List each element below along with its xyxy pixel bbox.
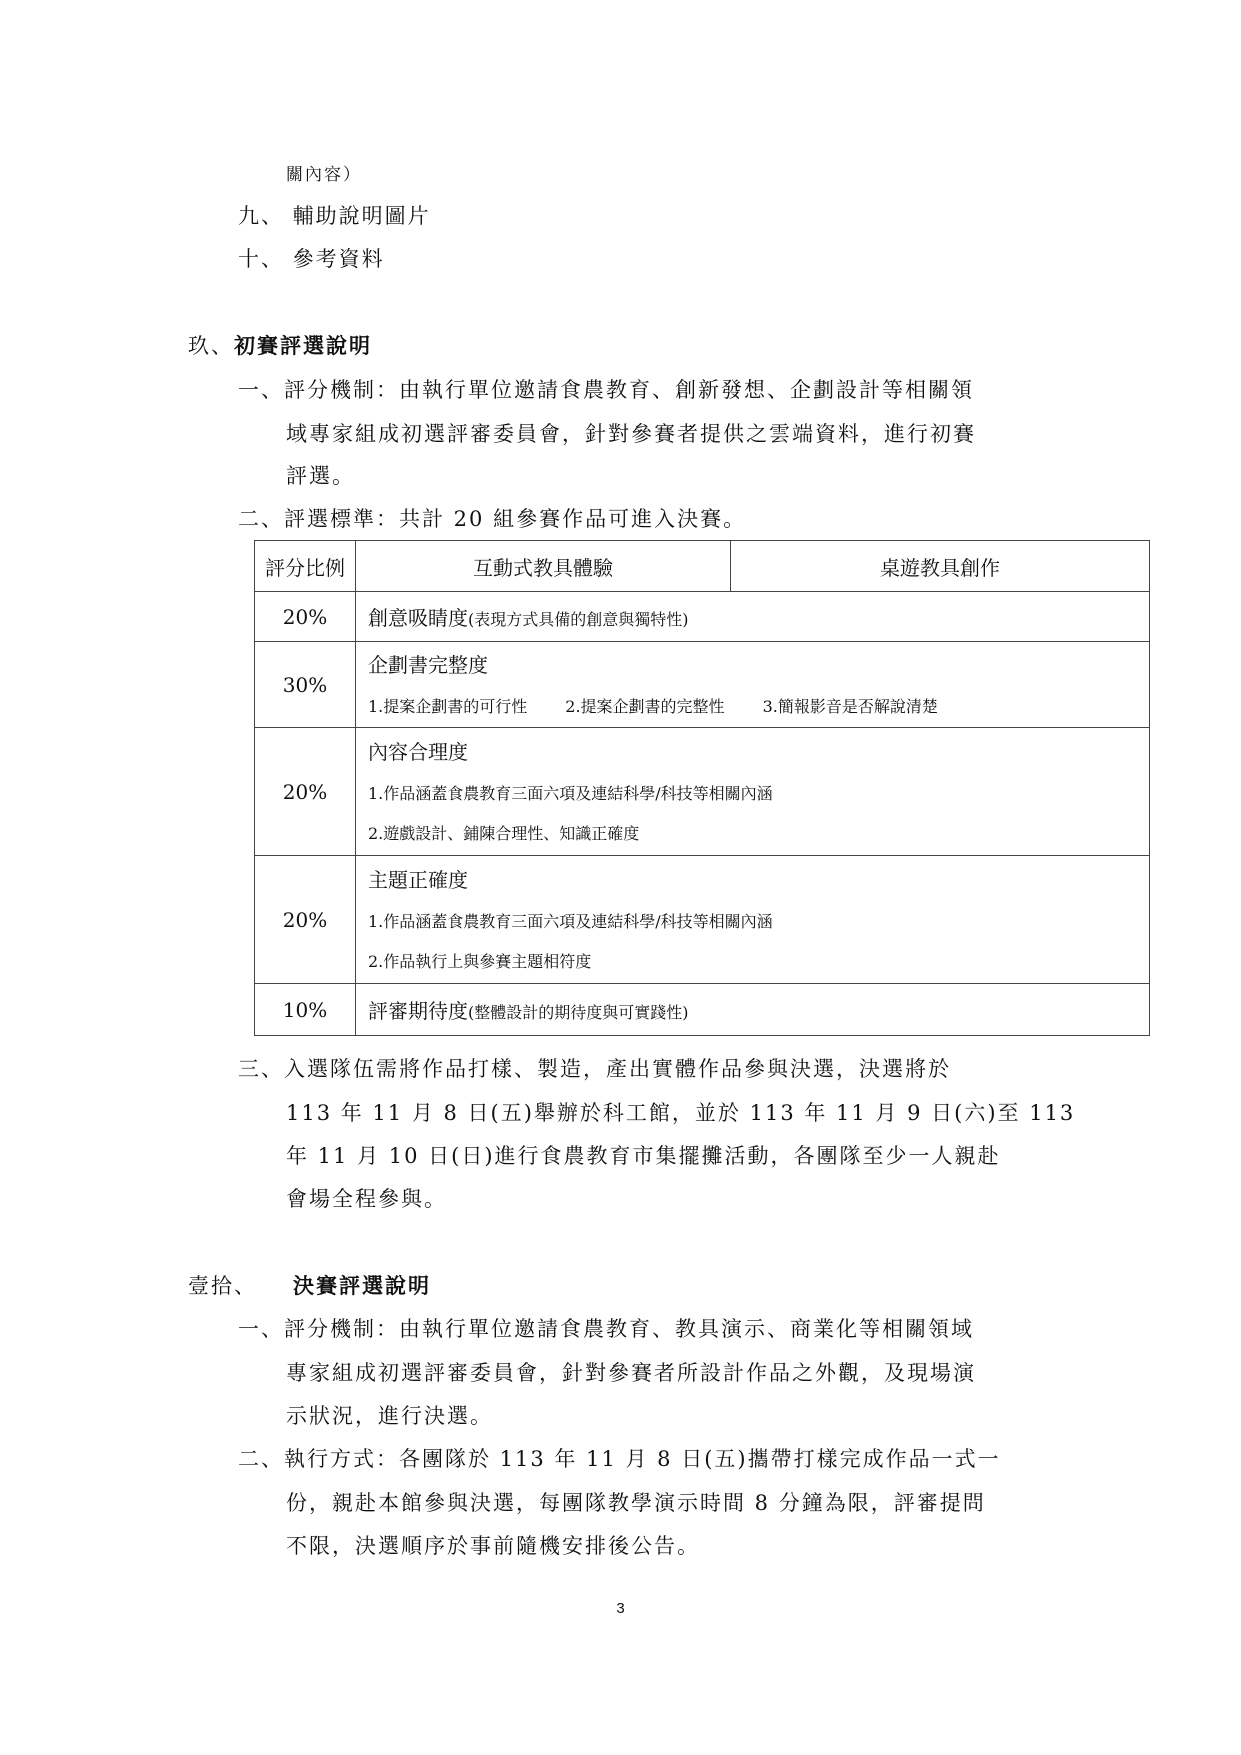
criterion-note: (整體設計的期待度與可實踐性) (468, 1003, 689, 1022)
table-header: 評分比例 (255, 541, 356, 592)
paragraph-line: 113 年 11 月 8 日(五)舉辦於科工館，並於 113 年 11 月 9 … (286, 1097, 1075, 1127)
table-header-row: 評分比例 互動式教具體驗 桌遊教具創作 (255, 541, 1150, 592)
table-cell-pct: 20% (255, 592, 356, 642)
page-number: 3 (0, 1600, 1241, 1617)
criterion-item: 2.遊戲設計、鋪陳合理性、知識正確度 (368, 814, 1137, 854)
paragraph-line: 示狀況，進行決選。 (286, 1400, 493, 1430)
paragraph-line: 評選。 (286, 460, 355, 490)
paragraph-line: 三、入選隊伍需將作品打樣、製造，產出實體作品參與決選，決選將於 (238, 1053, 951, 1083)
table-cell: 創意吸睛度(表現方式具備的創意與獨特性) (356, 592, 1150, 642)
table-row: 10% 評審期待度(整體設計的期待度與可實踐性) (255, 984, 1150, 1036)
table-cell-pct: 10% (255, 984, 356, 1036)
paragraph-line: 年 11 月 10 日(日)進行食農教育市集擺攤活動，各團隊至少一人親赴 (286, 1140, 1001, 1170)
paragraph-line: 不限，決選順序於事前隨機安排後公告。 (286, 1530, 700, 1560)
table-header: 桌遊教具創作 (731, 541, 1150, 592)
table-cell-pct: 30% (255, 642, 356, 728)
criterion-title: 創意吸睛度 (368, 606, 468, 630)
table-row: 30% 企劃書完整度 1.提案企劃書的可行性2.提案企劃書的完整性3.簡報影音是… (255, 642, 1150, 728)
criterion-title: 內容合理度 (368, 730, 1137, 774)
criterion-title: 評審期待度 (368, 999, 468, 1023)
scoring-table: 評分比例 互動式教具體驗 桌遊教具創作 20% 創意吸睛度(表現方式具備的創意與… (254, 540, 1150, 1036)
criterion-title: 主題正確度 (368, 858, 1137, 902)
table-row: 20% 主題正確度 1.作品涵蓋食農教育三面六項及連結科學/科技等相關內涵 2.… (255, 856, 1150, 984)
criterion-title: 企劃書完整度 (368, 643, 1137, 687)
criterion-item: 2.提案企劃書的完整性 (565, 697, 724, 716)
criterion-item: 1.提案企劃書的可行性 (368, 697, 527, 716)
criterion-item: 1.作品涵蓋食農教育三面六項及連結科學/科技等相關內涵 (368, 902, 1137, 942)
list-continuation: 關內容） (286, 160, 362, 185)
paragraph-line: 二、執行方式：各團隊於 113 年 11 月 8 日(五)攜帶打樣完成作品一式一 (238, 1443, 1001, 1473)
list-item-10: 十、 參考資料 (238, 243, 385, 273)
section-title: 決賽評選說明 (293, 1273, 431, 1298)
paragraph-line: 份，親赴本館參與決選，每團隊教學演示時間 8 分鐘為限，評審提問 (286, 1487, 986, 1517)
paragraph-line: 一、評分機制：由執行單位邀請食農教育、創新發想、企劃設計等相關領 (238, 374, 974, 404)
section-heading: 壹拾、決賽評選說明 (188, 1270, 431, 1300)
section-number: 玖、 (188, 334, 234, 358)
criterion-item: 1.作品涵蓋食農教育三面六項及連結科學/科技等相關內涵 (368, 774, 1137, 814)
criterion-item: 3.簡報影音是否解說清楚 (763, 697, 938, 716)
section-heading: 玖、初賽評選說明 (188, 330, 372, 360)
table-cell: 內容合理度 1.作品涵蓋食農教育三面六項及連結科學/科技等相關內涵 2.遊戲設計… (356, 728, 1150, 856)
table-row: 20% 創意吸睛度(表現方式具備的創意與獨特性) (255, 592, 1150, 642)
section-number: 壹拾、 (188, 1274, 257, 1298)
table-cell: 評審期待度(整體設計的期待度與可實踐性) (356, 984, 1150, 1036)
table-cell-pct: 20% (255, 728, 356, 856)
table-cell: 主題正確度 1.作品涵蓋食農教育三面六項及連結科學/科技等相關內涵 2.作品執行… (356, 856, 1150, 984)
list-item-9: 九、 輔助說明圖片 (238, 200, 431, 230)
paragraph-line: 二、評選標準：共計 20 組參賽作品可進入決賽。 (238, 503, 746, 533)
paragraph-line: 域專家組成初選評審委員會，針對參賽者提供之雲端資料，進行初賽 (286, 418, 976, 448)
criterion-item: 2.作品執行上與參賽主題相符度 (368, 942, 1137, 982)
table-cell: 企劃書完整度 1.提案企劃書的可行性2.提案企劃書的完整性3.簡報影音是否解說清… (356, 642, 1150, 728)
paragraph-line: 專家組成初選評審委員會，針對參賽者所設計作品之外觀，及現場演 (286, 1357, 976, 1387)
criterion-note: (表現方式具備的創意與獨特性) (468, 610, 689, 629)
paragraph-line: 會場全程參與。 (286, 1183, 447, 1213)
paragraph-line: 一、評分機制：由執行單位邀請食農教育、教具演示、商業化等相關領域 (238, 1313, 974, 1343)
section-title: 初賽評選說明 (234, 333, 372, 358)
table-row: 20% 內容合理度 1.作品涵蓋食農教育三面六項及連結科學/科技等相關內涵 2.… (255, 728, 1150, 856)
table-header: 互動式教具體驗 (356, 541, 731, 592)
table-cell-pct: 20% (255, 856, 356, 984)
